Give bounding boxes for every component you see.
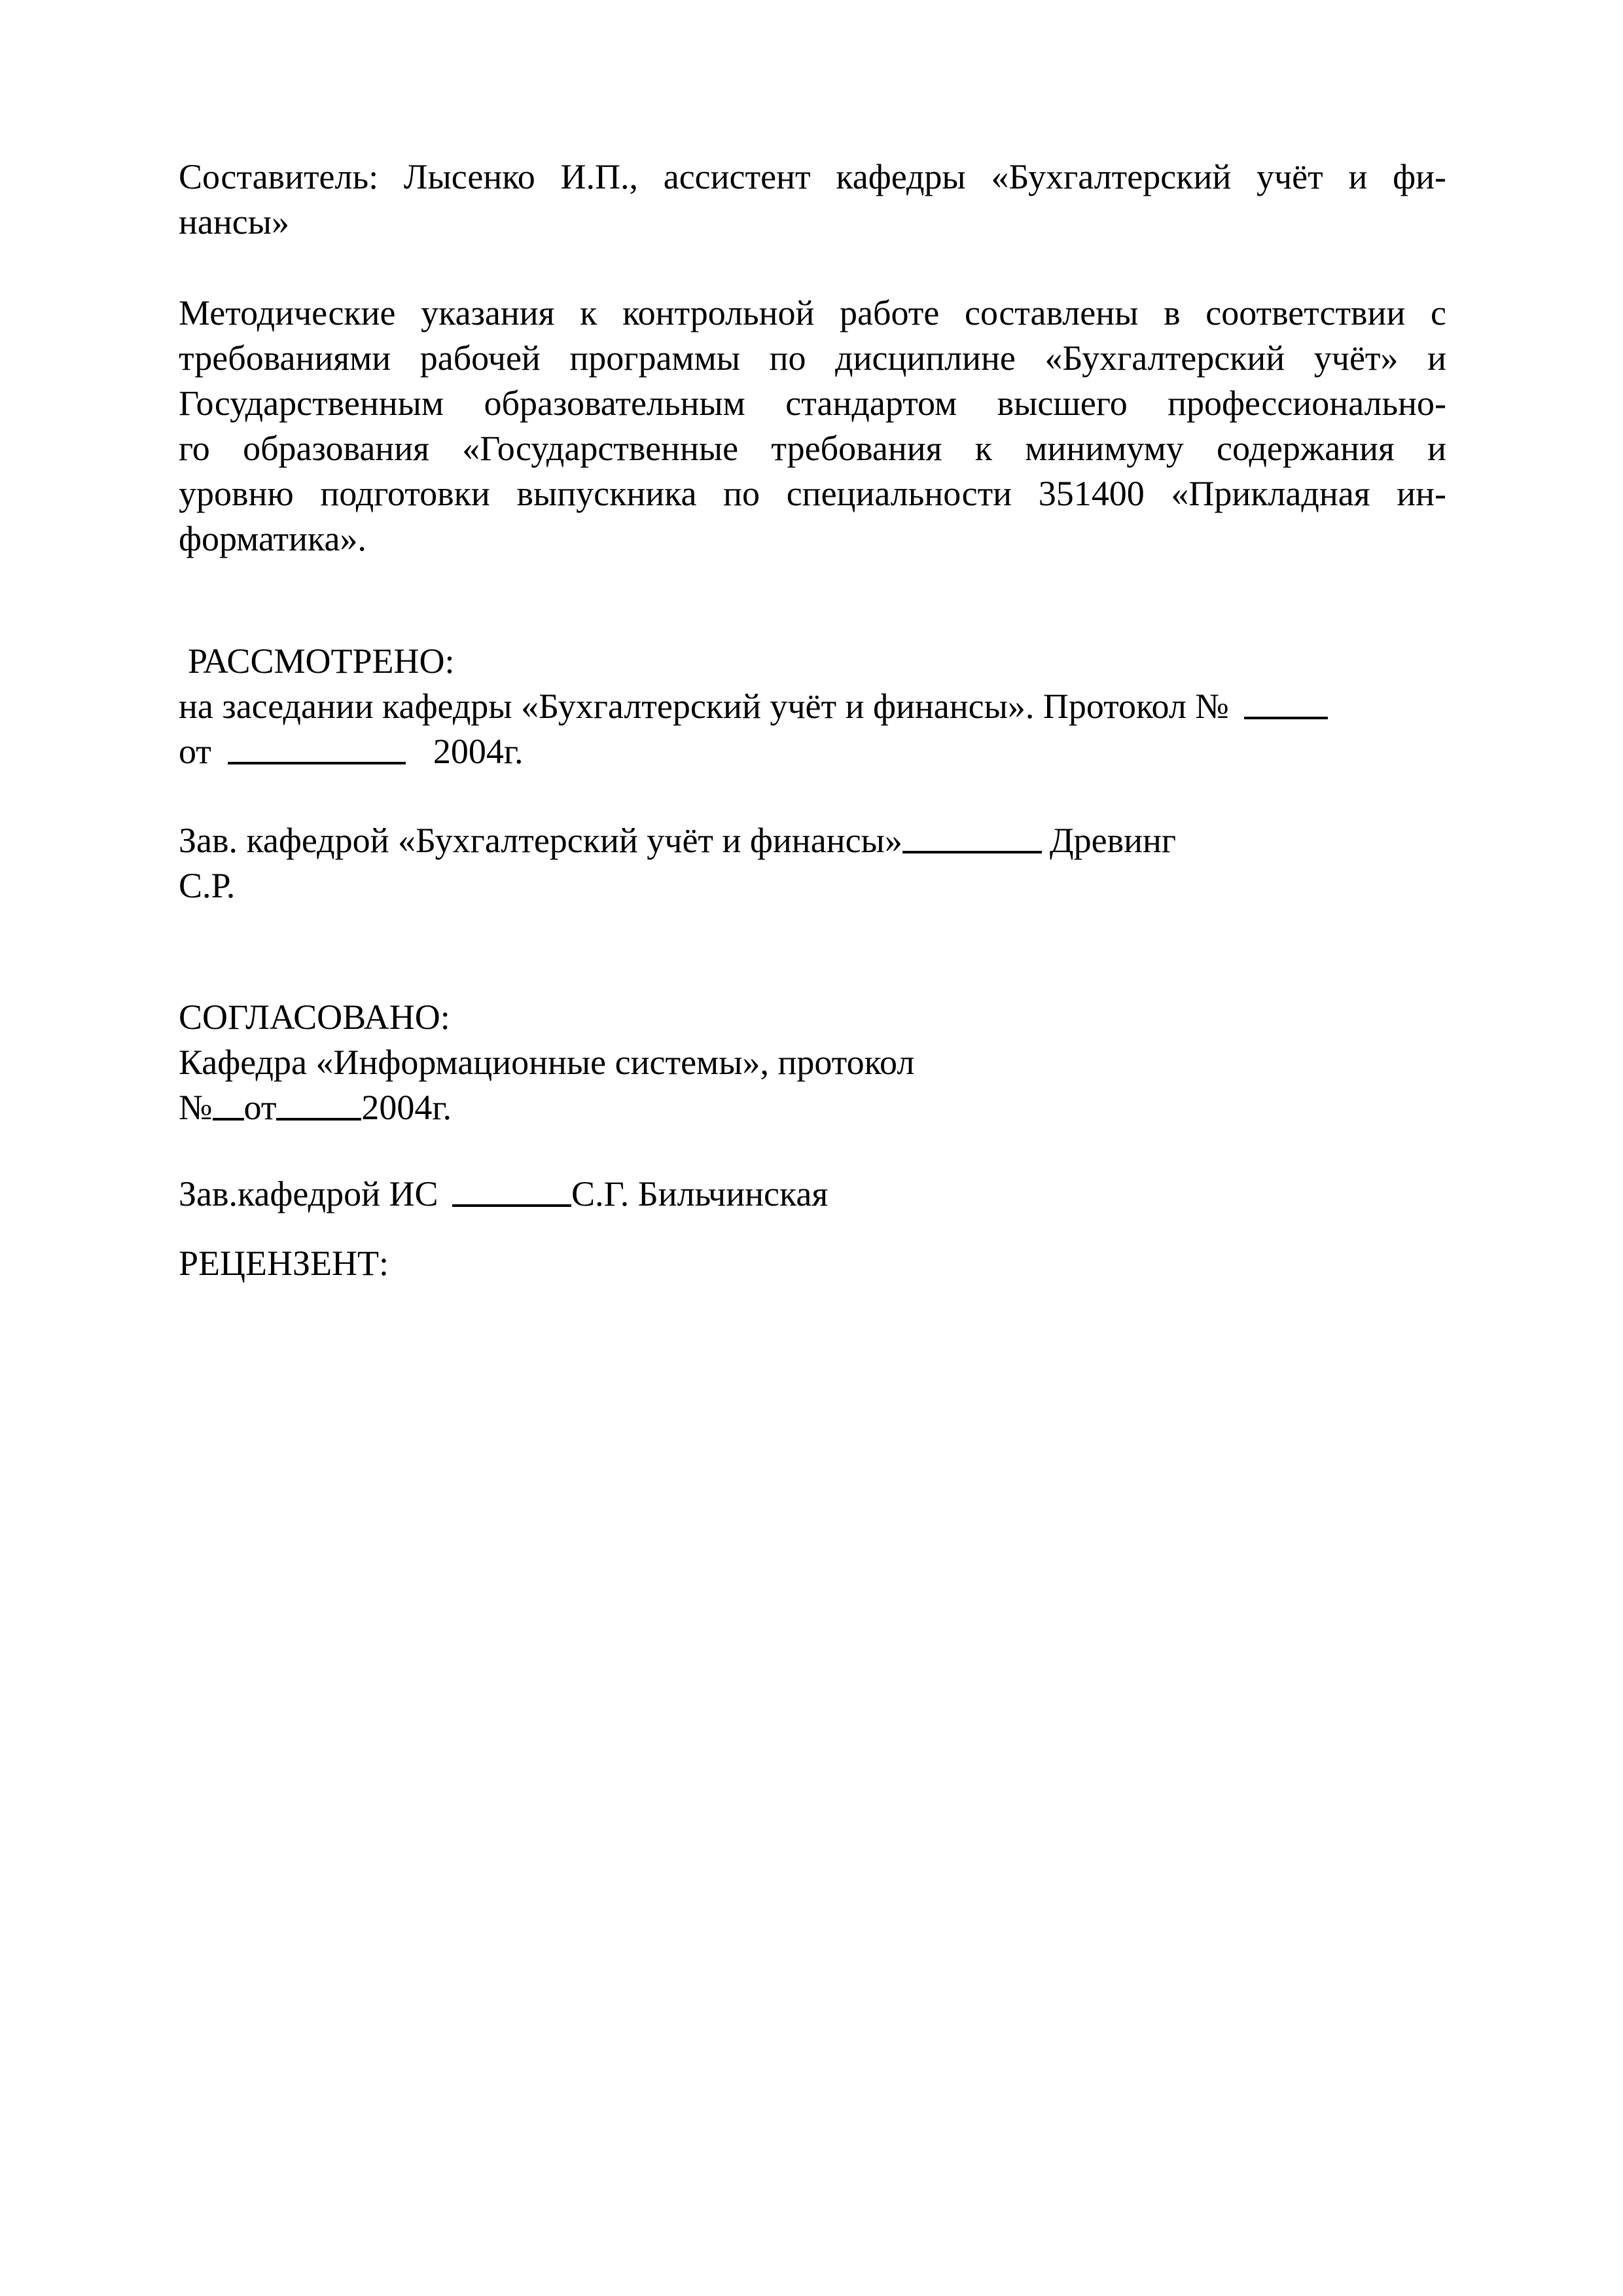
agreed-heading: СОГЛАСОВАНО: [179, 995, 1446, 1040]
agreed-number-blank [213, 1118, 244, 1121]
agreed-number-prefix: № [179, 1088, 213, 1127]
reviewed-head-initials: С.Р. [179, 863, 1446, 908]
reviewed-date-line: от 2004г. [179, 729, 1446, 774]
reviewed-head-label: Зав. кафедрой «Бухгалтерский учёт и фина… [179, 821, 902, 860]
agreed-head-label: Зав.кафедрой ИС [179, 1174, 438, 1213]
description-line: го образования «Государственные требован… [179, 426, 1446, 471]
reviewer-section: РЕЦЕНЗЕНТ: [179, 1241, 1446, 1286]
description-line: Государственным образовательным стандарт… [179, 381, 1446, 426]
reviewed-signature: Зав. кафедрой «Бухгалтерский учёт и фина… [179, 818, 1446, 908]
agreed-number-date-line: №от2004г. [179, 1085, 1446, 1130]
description-line: форматика». [179, 516, 1446, 562]
agreed-head-name: С.Г. Бильчинская [571, 1174, 828, 1213]
reviewed-signature-blank [902, 851, 1042, 853]
agreed-date-prefix: от [244, 1088, 277, 1127]
compiler-line-2: нансы» [179, 200, 1446, 245]
reviewed-date-blank [228, 762, 406, 764]
reviewed-date-year: 2004г. [433, 732, 524, 771]
agreed-section: СОГЛАСОВАНО: Кафедра «Информационные сис… [179, 995, 1446, 1130]
compiler-block: Составитель: Лысенко И.П., ассистент каф… [179, 154, 1446, 245]
agreed-signature: Зав.кафедрой ИС С.Г. Бильчинская [179, 1172, 1446, 1217]
protocol-number-blank [1244, 717, 1328, 719]
description-line: Методические указания к контрольной рабо… [179, 291, 1446, 336]
document-page: Составитель: Лысенко И.П., ассистент каф… [0, 0, 1623, 2296]
compiler-line-1: Составитель: Лысенко И.П., ассистент каф… [179, 154, 1446, 200]
agreed-department-line: Кафедра «Информационные системы», проток… [179, 1040, 1446, 1085]
reviewer-heading: РЕЦЕНЗЕНТ: [179, 1241, 1446, 1286]
reviewed-head-line: Зав. кафедрой «Бухгалтерский учёт и фина… [179, 818, 1446, 863]
description-line: уровню подготовки выпускника по специаль… [179, 471, 1446, 516]
agreed-head-line: Зав.кафедрой ИС С.Г. Бильчинская [179, 1172, 1446, 1217]
reviewed-section: РАССМОТРЕНО: на заседании кафедры «Бухга… [179, 639, 1446, 774]
description-paragraph: Методические указания к контрольной рабо… [179, 291, 1446, 562]
reviewed-meeting-line: на заседании кафедры «Бухгалтерский учёт… [179, 684, 1446, 729]
agreed-signature-blank [452, 1204, 571, 1207]
reviewed-date-prefix: от [179, 732, 211, 771]
reviewed-head-surname: Древинг [1050, 821, 1176, 860]
description-line: требованиями рабочей программы по дисцип… [179, 336, 1446, 381]
agreed-date-blank [276, 1118, 361, 1121]
agreed-date-year: 2004г. [361, 1088, 452, 1127]
reviewed-heading: РАССМОТРЕНО: [179, 639, 1446, 684]
reviewed-meeting-text: на заседании кафедры «Бухгалтерский учёт… [179, 687, 1229, 726]
